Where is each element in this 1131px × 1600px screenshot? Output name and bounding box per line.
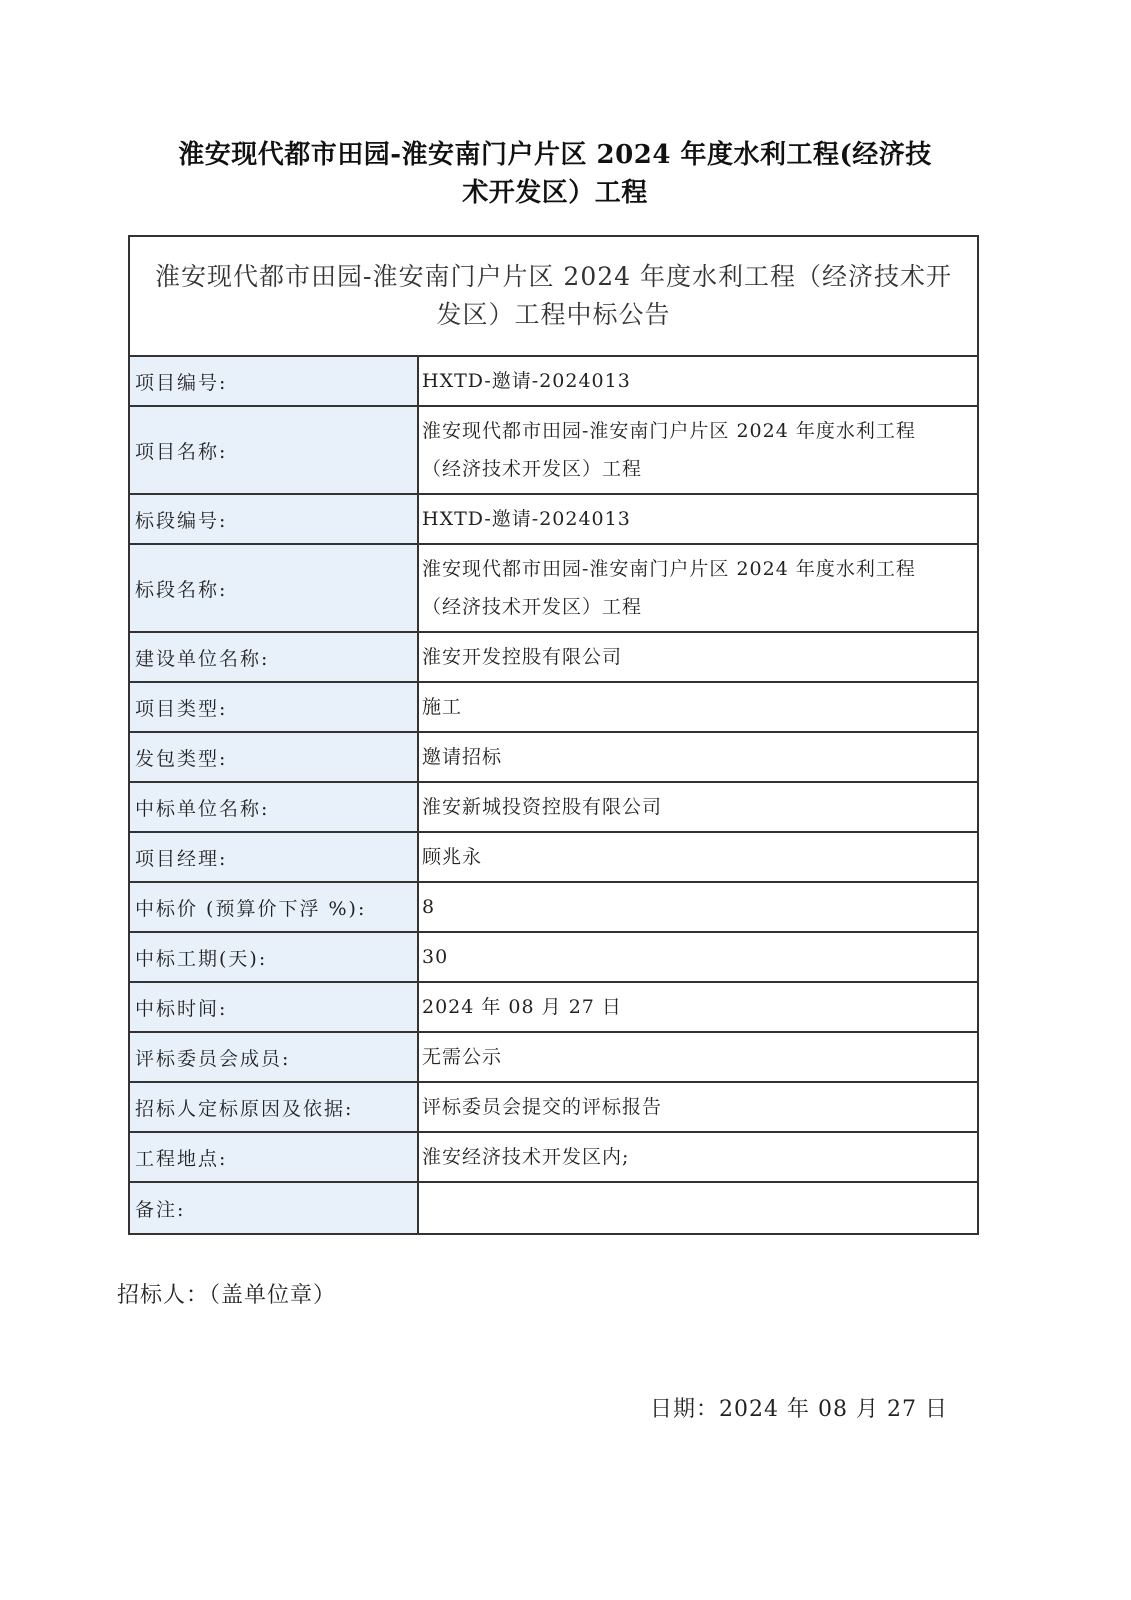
row-label: 中标价 (预算价下浮 %): [130, 883, 419, 931]
row-value [419, 1183, 977, 1233]
row-value: 无需公示 [419, 1033, 977, 1081]
row-label: 标段名称: [130, 545, 419, 631]
table-row-bid-price: 中标价 (预算价下浮 %): 8 [130, 883, 977, 933]
row-label: 中标单位名称: [130, 783, 419, 831]
row-label: 项目类型: [130, 683, 419, 731]
row-label: 招标人定标原因及依据: [130, 1083, 419, 1131]
row-value: 8 [419, 883, 977, 931]
row-label: 发包类型: [130, 733, 419, 781]
row-value: 2024 年 08 月 27 日 [419, 983, 977, 1031]
row-value: HXTD-邀请-2024013 [419, 357, 977, 405]
row-value: 淮安经济技术开发区内; [419, 1133, 977, 1181]
row-value-line-1: 淮安现代都市田园-淮安南门户片区 2024 年度水利工程 [422, 550, 977, 588]
row-value: 淮安新城投资控股有限公司 [419, 783, 977, 831]
table-row-remarks: 备注: [130, 1183, 977, 1233]
table-row-project-manager: 项目经理: 顾兆永 [130, 833, 977, 883]
table-row-contract-type: 发包类型: 邀请招标 [130, 733, 977, 783]
row-value: 淮安开发控股有限公司 [419, 633, 977, 681]
date-line: 日期：2024 年 08 月 27 日 [650, 1392, 948, 1423]
row-label: 中标工期(天): [130, 933, 419, 981]
row-label: 标段编号: [130, 495, 419, 543]
row-value: 顾兆永 [419, 833, 977, 881]
row-value: 施工 [419, 683, 977, 731]
row-label: 项目经理: [130, 833, 419, 881]
row-label: 中标时间: [130, 983, 419, 1031]
row-label: 建设单位名称: [130, 633, 419, 681]
table-row-award-basis: 招标人定标原因及依据: 评标委员会提交的评标报告 [130, 1083, 977, 1133]
row-value: HXTD-邀请-2024013 [419, 495, 977, 543]
document-title: 淮安现代都市田园-淮安南门户片区 2024 年度水利工程(经济技 术开发区）工程 [150, 136, 960, 212]
table-row-section-number: 标段编号: HXTD-邀请-2024013 [130, 495, 977, 545]
table-row-duration: 中标工期(天): 30 [130, 933, 977, 983]
table-header-line-1: 淮安现代都市田园-淮安南门户片区 2024 年度水利工程（经济技术开 [155, 258, 952, 296]
row-value: 30 [419, 933, 977, 981]
row-value-line-2: （经济技术开发区）工程 [422, 450, 977, 488]
table-row-builder: 建设单位名称: 淮安开发控股有限公司 [130, 633, 977, 683]
row-value: 淮安现代都市田园-淮安南门户片区 2024 年度水利工程 （经济技术开发区）工程 [419, 407, 977, 493]
table-row-winning-bidder: 中标单位名称: 淮安新城投资控股有限公司 [130, 783, 977, 833]
table-row-project-name: 项目名称: 淮安现代都市田园-淮安南门户片区 2024 年度水利工程 （经济技术… [130, 407, 977, 495]
row-label: 备注: [130, 1183, 419, 1233]
table-header: 淮安现代都市田园-淮安南门户片区 2024 年度水利工程（经济技术开 发区）工程… [130, 237, 977, 357]
row-label: 项目名称: [130, 407, 419, 493]
award-announcement-table: 淮安现代都市田园-淮安南门户片区 2024 年度水利工程（经济技术开 发区）工程… [128, 235, 979, 1235]
table-row-project-type: 项目类型: 施工 [130, 683, 977, 733]
row-label: 工程地点: [130, 1133, 419, 1181]
row-value-line-2: （经济技术开发区）工程 [422, 588, 977, 626]
row-value: 淮安现代都市田园-淮安南门户片区 2024 年度水利工程 （经济技术开发区）工程 [419, 545, 977, 631]
row-value: 邀请招标 [419, 733, 977, 781]
row-value: 评标委员会提交的评标报告 [419, 1083, 977, 1131]
signer-line: 招标人：（盖单位章） [117, 1278, 336, 1309]
row-label: 评标委员会成员: [130, 1033, 419, 1081]
table-row-award-date: 中标时间: 2024 年 08 月 27 日 [130, 983, 977, 1033]
table-header-line-2: 发区）工程中标公告 [155, 296, 952, 334]
document-title-line-1: 淮安现代都市田园-淮安南门户片区 2024 年度水利工程(经济技 [150, 136, 960, 174]
table-row-project-number: 项目编号: HXTD-邀请-2024013 [130, 357, 977, 407]
table-row-section-name: 标段名称: 淮安现代都市田园-淮安南门户片区 2024 年度水利工程 （经济技术… [130, 545, 977, 633]
document-title-line-2: 术开发区）工程 [150, 174, 960, 212]
row-value-line-1: 淮安现代都市田园-淮安南门户片区 2024 年度水利工程 [422, 412, 977, 450]
row-label: 项目编号: [130, 357, 419, 405]
table-row-committee: 评标委员会成员: 无需公示 [130, 1033, 977, 1083]
table-row-location: 工程地点: 淮安经济技术开发区内; [130, 1133, 977, 1183]
